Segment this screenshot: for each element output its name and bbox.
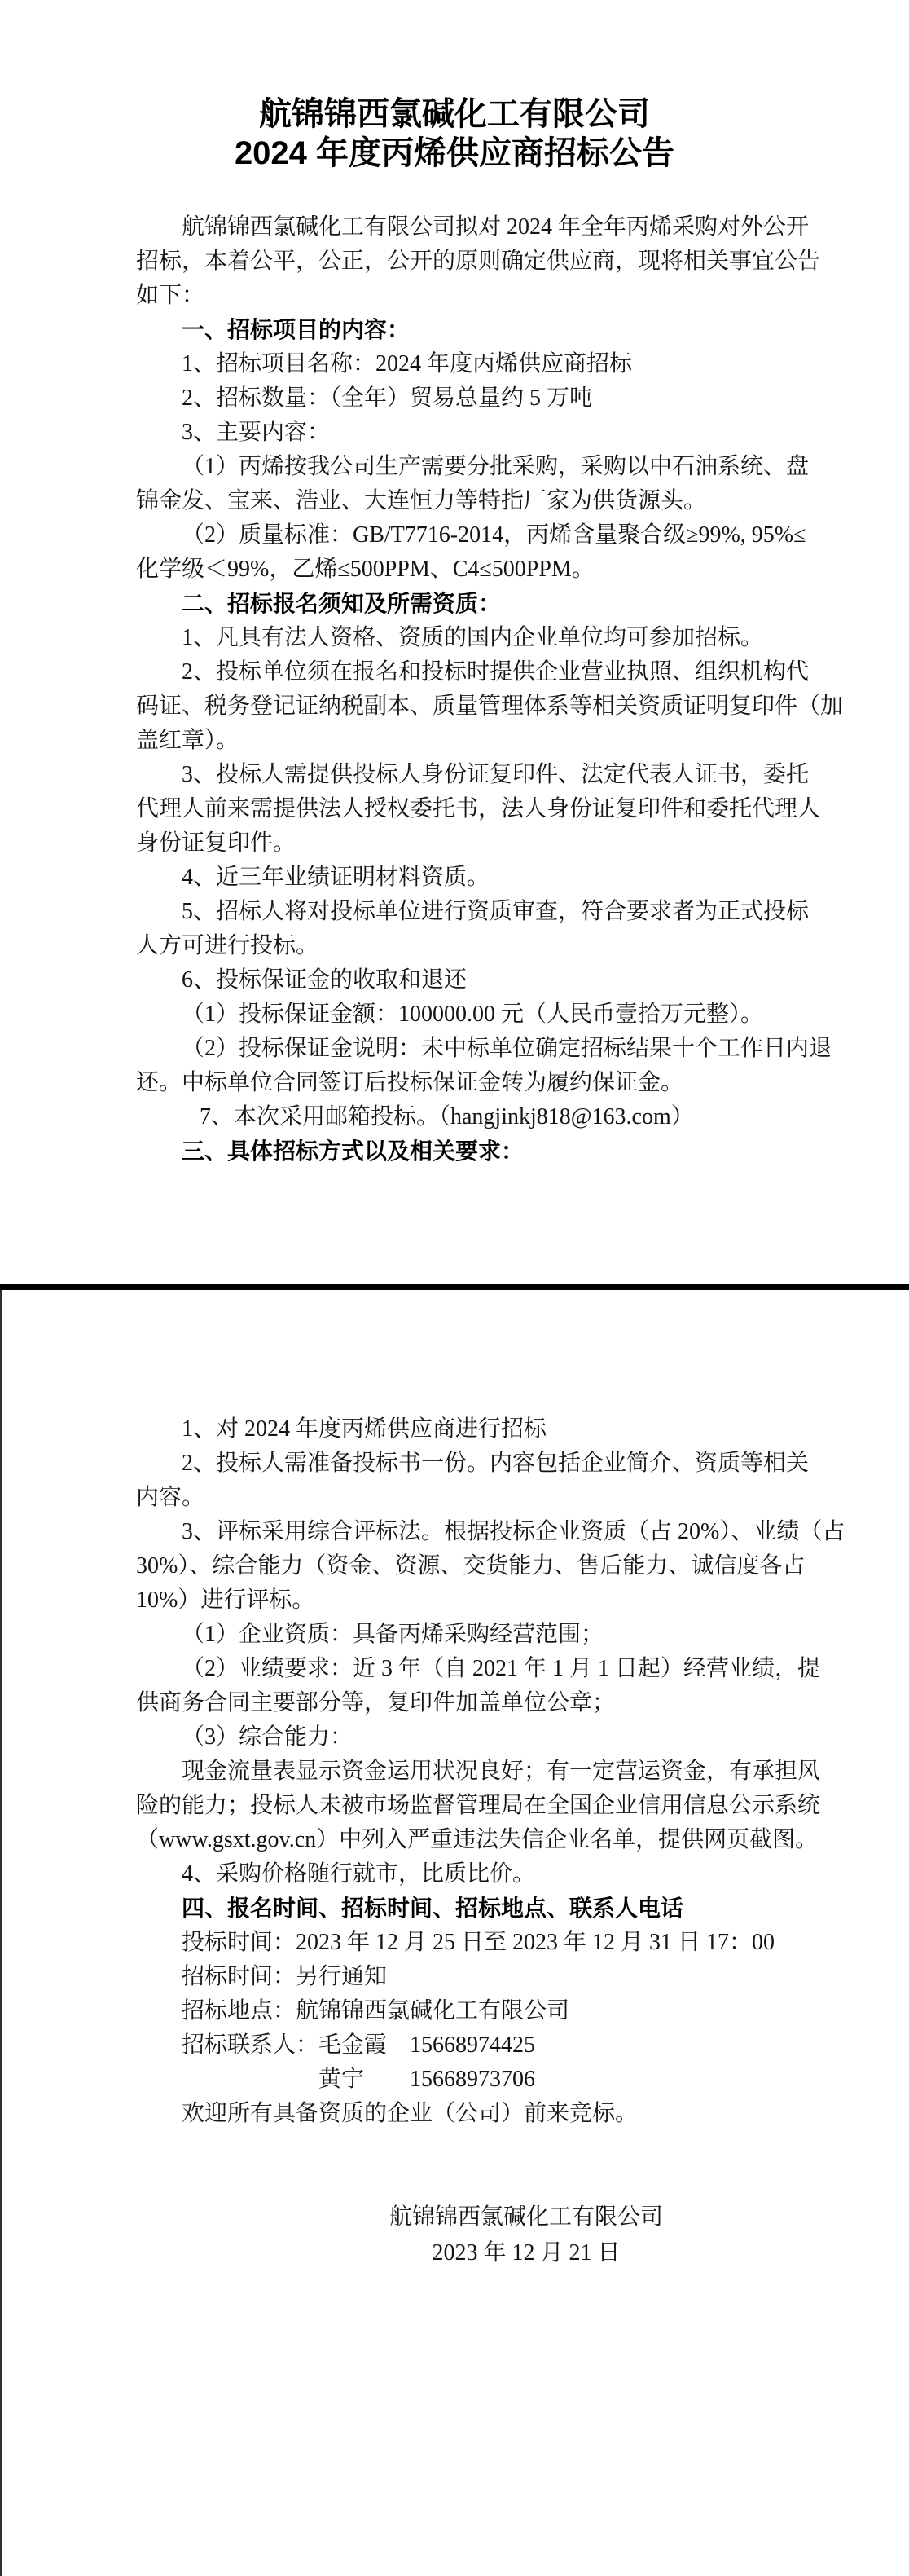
section-heading: 四、报名时间、招标时间、招标地点、联系人电话 bbox=[136, 1891, 779, 1926]
doc-line: 化学级＜99%，乙烯≤500PPM、C4≤500PPM。 bbox=[136, 553, 779, 587]
doc-line: 1、招标项目名称：2024 年度丙烯供应商招标 bbox=[136, 347, 779, 381]
signature-company: 航锦锦西氯碱化工有限公司 bbox=[72, 2200, 909, 2235]
doc-line: （1）丙烯按我公司生产需要分批采购，采购以中石油系统、盘 bbox=[136, 450, 779, 484]
doc-line: （2）投标保证金说明：未中标单位确定招标结果十个工作日内退 bbox=[136, 1032, 779, 1066]
doc-line: 3、投标人需提供投标人身份证复印件、法定代表人证书，委托 bbox=[136, 758, 779, 792]
doc-line: 投标时间：2023 年 12 月 25 日至 2023 年 12 月 31 日 … bbox=[136, 1926, 779, 1960]
page-1-body: 航锦锦西氯碱化工有限公司拟对 2024 年全年丙烯采购对外公开招标，本着公平，公… bbox=[136, 210, 779, 1169]
doc-line: 2、招标数量：（全年）贸易总量约 5 万吨 bbox=[136, 381, 779, 416]
doc-line: 代理人前来需提供法人授权委托书，法人身份证复印件和委托代理人 bbox=[136, 792, 779, 826]
doc-line: 内容。 bbox=[136, 1481, 779, 1515]
section-heading: 二、招标报名须知及所需资质： bbox=[136, 587, 779, 621]
page-2: 1、对 2024 年度丙烯供应商进行招标2、投标人需准备投标书一份。内容包括企业… bbox=[0, 1290, 909, 2576]
document-title-line1: 航锦锦西氯碱化工有限公司 bbox=[0, 95, 909, 134]
doc-line: 供商务合同主要部分等，复印件加盖单位公章； bbox=[136, 1686, 779, 1720]
document-title-line2: 2024 年度丙烯供应商招标公告 bbox=[0, 134, 909, 173]
document-title: 航锦锦西氯碱化工有限公司 2024 年度丙烯供应商招标公告 bbox=[0, 95, 909, 173]
doc-line: （2）质量标准：GB/T7716-2014，丙烯含量聚合级≥99%, 95%≤ bbox=[136, 518, 779, 553]
doc-line: 1、对 2024 年度丙烯供应商进行招标 bbox=[136, 1412, 779, 1447]
page-1: 航锦锦西氯碱化工有限公司 2024 年度丙烯供应商招标公告 航锦锦西氯碱化工有限… bbox=[0, 0, 909, 1284]
doc-line: 4、近三年业绩证明材料资质。 bbox=[136, 861, 779, 895]
doc-line: 航锦锦西氯碱化工有限公司拟对 2024 年全年丙烯采购对外公开 bbox=[136, 210, 779, 244]
doc-line: 如下： bbox=[136, 279, 779, 313]
doc-line: 险的能力；投标人未被市场监督管理局在全国企业信用信息公示系统 bbox=[136, 1789, 779, 1823]
doc-line: 招标时间：另行通知 bbox=[136, 1960, 779, 1994]
doc-line: 6、投标保证金的收取和退还 bbox=[136, 963, 779, 997]
doc-line: 3、主要内容： bbox=[136, 416, 779, 450]
page-break-line bbox=[0, 1284, 909, 1290]
doc-line: 2、投标单位须在报名和投标时提供企业营业执照、组织机构代 bbox=[136, 655, 779, 689]
doc-line: 5、招标人将对投标单位进行资质审查，符合要求者为正式投标 bbox=[136, 895, 779, 929]
doc-line: （2）业绩要求：近 3 年（自 2021 年 1 月 1 日起）经营业绩，提 bbox=[136, 1652, 779, 1686]
section-heading: 三、具体招标方式以及相关要求： bbox=[136, 1134, 779, 1169]
doc-line: 1、凡具有法人资格、资质的国内企业单位均可参加招标。 bbox=[136, 621, 779, 655]
doc-line: （1）企业资质：具备丙烯采购经营范围； bbox=[136, 1618, 779, 1652]
doc-line: 30%）、综合能力（资金、资源、交货能力、售后能力、诚信度各占 bbox=[136, 1549, 779, 1583]
doc-line: 3、评标采用综合评标法。根据投标企业资质（占 20%）、业绩（占 bbox=[136, 1515, 779, 1549]
doc-line: 盖红章）。 bbox=[136, 724, 779, 758]
doc-line: 黄宁 15668973706 bbox=[136, 2063, 779, 2097]
doc-line: 还。中标单位合同签订后投标保证金转为履约保证金。 bbox=[136, 1066, 779, 1100]
doc-line: 7、本次采用邮箱投标。（hangjinkj818@163.com） bbox=[136, 1100, 779, 1134]
doc-line: 招标地点：航锦锦西氯碱化工有限公司 bbox=[136, 1994, 779, 2028]
doc-line: 码证、税务登记证纳税副本、质量管理体系等相关资质证明复印件（加 bbox=[136, 689, 779, 724]
doc-line: 身份证复印件。 bbox=[136, 826, 779, 861]
doc-line: （1）投标保证金额：100000.00 元（人民币壹拾万元整）。 bbox=[136, 997, 779, 1032]
doc-line: 招标联系人：毛金霞 15668974425 bbox=[136, 2028, 779, 2063]
doc-line: 锦金发、宝来、浩业、大连恒力等特指厂家为供货源头。 bbox=[136, 484, 779, 518]
doc-line: 欢迎所有具备资质的企业（公司）前来竞标。 bbox=[136, 2097, 779, 2131]
doc-line: 4、采购价格随行就市，比质比价。 bbox=[136, 1857, 779, 1891]
doc-line: 10%）进行评标。 bbox=[136, 1583, 779, 1618]
doc-line: 现金流量表显示资金运用状况良好；有一定营运资金，有承担风 bbox=[136, 1755, 779, 1789]
doc-line: （www.gsxt.gov.cn）中列入严重违法失信企业名单，提供网页截图。 bbox=[136, 1823, 779, 1857]
page-edge-line bbox=[0, 1290, 2, 2576]
doc-line: 人方可进行投标。 bbox=[136, 929, 779, 963]
page-2-body: 1、对 2024 年度丙烯供应商进行招标2、投标人需准备投标书一份。内容包括企业… bbox=[136, 1290, 779, 2131]
section-heading: 一、招标项目的内容： bbox=[136, 313, 779, 347]
signature-date: 2023 年 12 月 21 日 bbox=[72, 2235, 909, 2271]
doc-line: （3）综合能力： bbox=[136, 1720, 779, 1755]
doc-line: 招标，本着公平，公正，公开的原则确定供应商，现将相关事宜公告 bbox=[136, 244, 779, 279]
doc-line: 2、投标人需准备投标书一份。内容包括企业简介、资质等相关 bbox=[136, 1447, 779, 1481]
signature-block: 航锦锦西氯碱化工有限公司 2023 年 12 月 21 日 bbox=[0, 2200, 909, 2271]
